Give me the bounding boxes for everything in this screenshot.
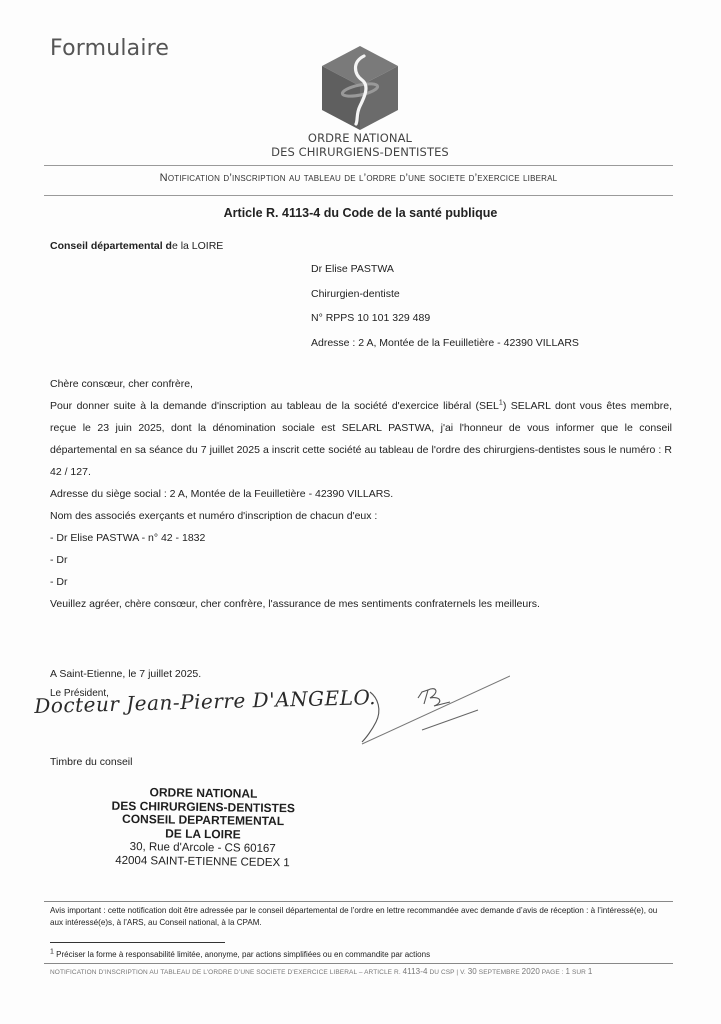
org-name-line2: DES CHIRURGIENS-DENTISTES [250,145,470,159]
conseil-label: Conseil départemental d [50,240,172,252]
main-paragraph: Pour donner suite à la demande d'inscrip… [50,395,672,483]
council-stamp: ORDRE NATIONAL DES CHIRURGIENS-DENTISTES… [97,786,308,871]
ordre-chirurgiens-dentistes-logo-icon [318,44,402,132]
footer-divider [44,963,673,964]
recipient-rpps: N° RPPS 10 101 329 489 [311,306,579,331]
footnote: 1 Préciser la forme à responsabilité lim… [50,950,430,959]
siege-social: Adresse du siège social : 2 A, Montée de… [50,483,672,505]
associes-label: Nom des associés exerçants et numéro d'i… [50,505,672,527]
associe-item: - Dr [50,571,672,593]
page-footer: NOTIFICATION D’INSCRIPTION AU TABLEAU DE… [50,967,592,976]
header-divider-bottom [44,195,673,196]
form-title: Formulaire [50,36,169,61]
notification-title: Notification d’inscription au tableau de… [44,172,673,184]
recipient-block: Dr Elise PASTWA Chirurgien-dentiste N° R… [311,257,579,355]
recipient-address: Adresse : 2 A, Montée de la Feuilletière… [311,331,579,356]
greeting: Chère consœur, cher confrère, [50,373,672,395]
conseil-departemental: Conseil départemental de la LOIRE [50,240,223,252]
notice-divider [44,901,673,902]
organization-name: ORDRE NATIONAL DES CHIRURGIENS-DENTISTES [250,131,470,159]
recipient-name: Dr Elise PASTWA [311,257,579,282]
stamp-label: Timbre du conseil [50,756,132,768]
page-total: 1 [588,967,593,976]
handwritten-signature-icon [360,670,510,760]
header-divider-top [44,165,673,166]
stamp-line: 42004 SAINT-ETIENNE CEDEX 1 [97,854,307,871]
associe-item: - Dr [50,549,672,571]
place-date: A Saint-Etienne, le 7 juillet 2025. [50,668,201,680]
closing: Veuillez agréer, chère consœur, cher con… [50,593,672,615]
associe-item: - Dr Elise PASTWA - n° 42 - 1832 [50,527,672,549]
footnote-divider [50,942,225,943]
conseil-department: e la LOIRE [172,240,223,252]
recipient-profession: Chirurgien-dentiste [311,282,579,307]
article-reference: Article R. 4113-4 du Code de la santé pu… [0,206,721,220]
important-notice: Avis important : cette notification doit… [50,905,672,929]
org-name-line1: ORDRE NATIONAL [250,131,470,145]
letter-body: Chère consœur, cher confrère, Pour donne… [50,373,672,615]
